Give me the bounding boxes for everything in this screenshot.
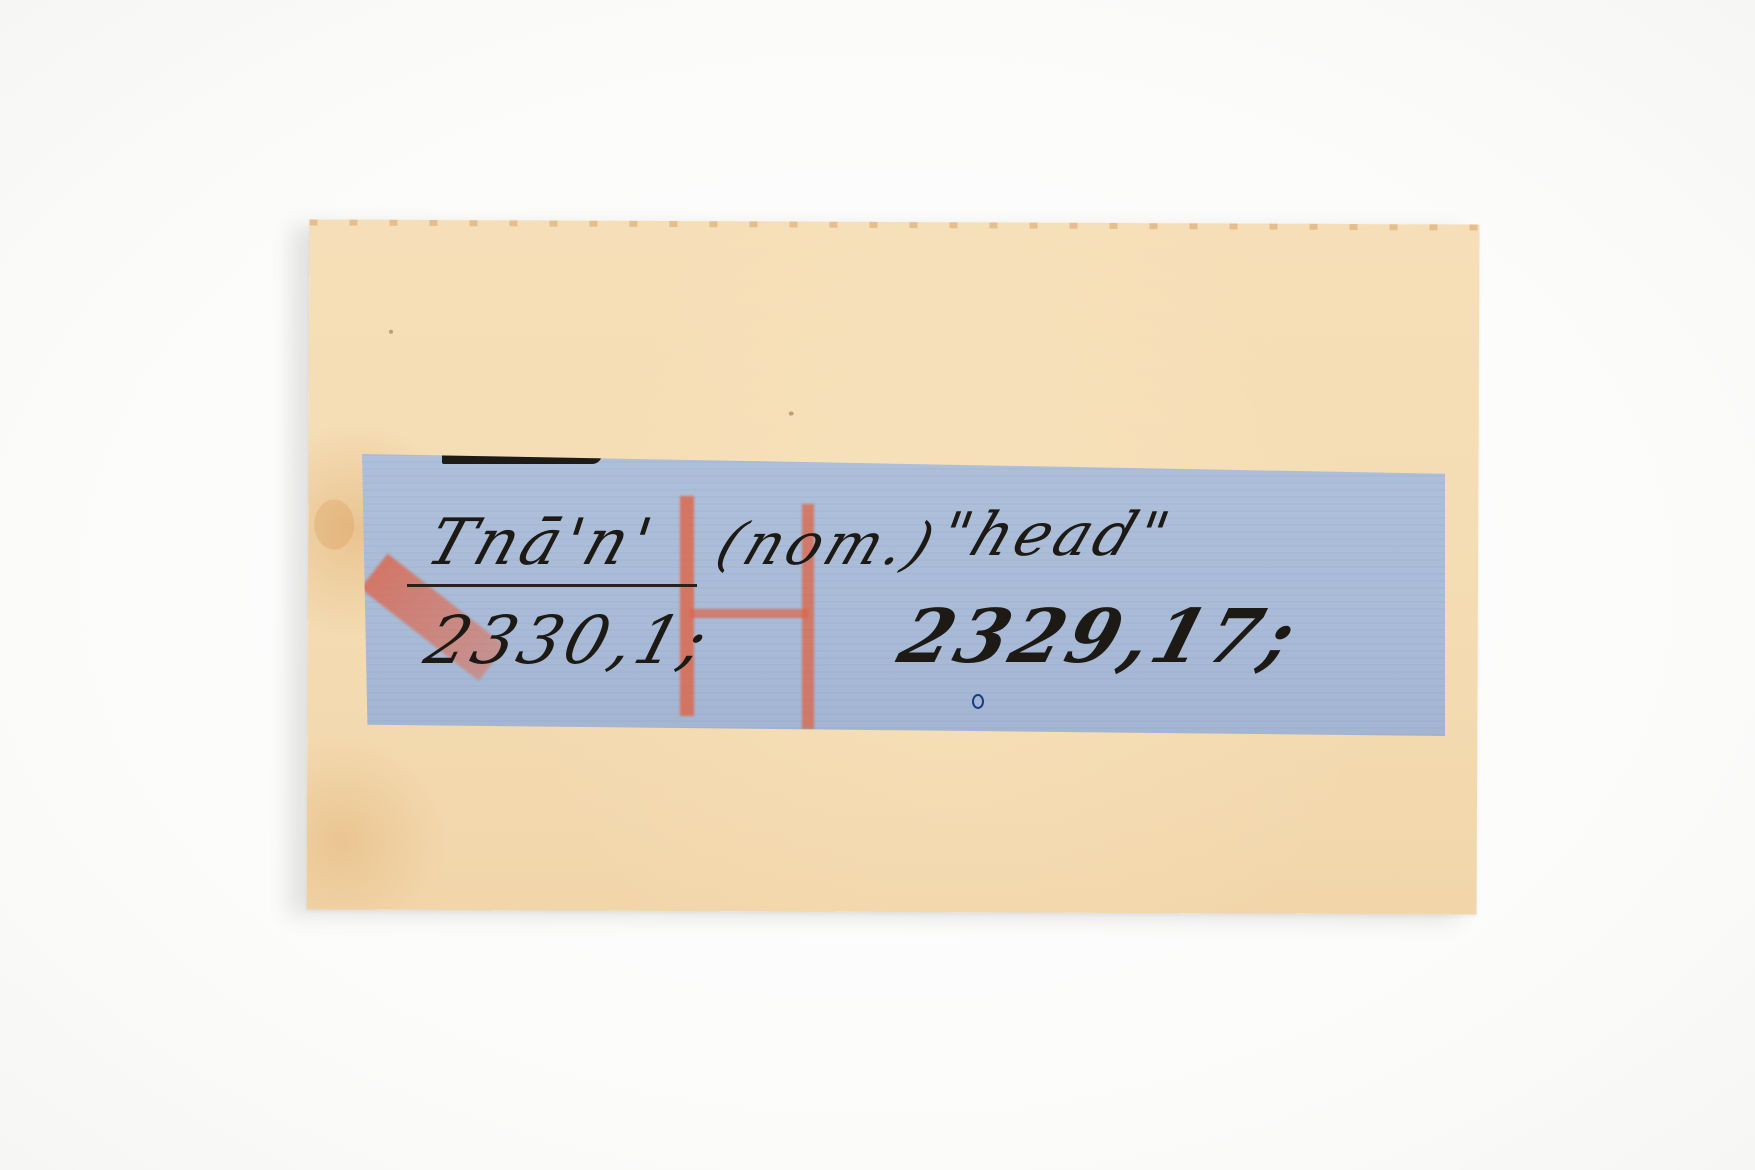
foxing-stain <box>314 499 354 549</box>
foxing-spot <box>389 330 393 334</box>
blue-ink-dot <box>972 694 984 709</box>
headword: Tnā'n' <box>418 506 665 580</box>
grammatical-note: (nom.) <box>708 510 948 578</box>
reference-1: 2330,1; <box>417 602 720 679</box>
foxing-spot <box>789 412 794 416</box>
reference-2: 2329,17; <box>890 594 1309 680</box>
gloss: "head" <box>929 500 1182 570</box>
blue-paper-slip: Tnā'n' (nom.) "head" 2330,1; 2329,17; <box>362 454 1445 736</box>
headword-underline <box>407 584 697 587</box>
